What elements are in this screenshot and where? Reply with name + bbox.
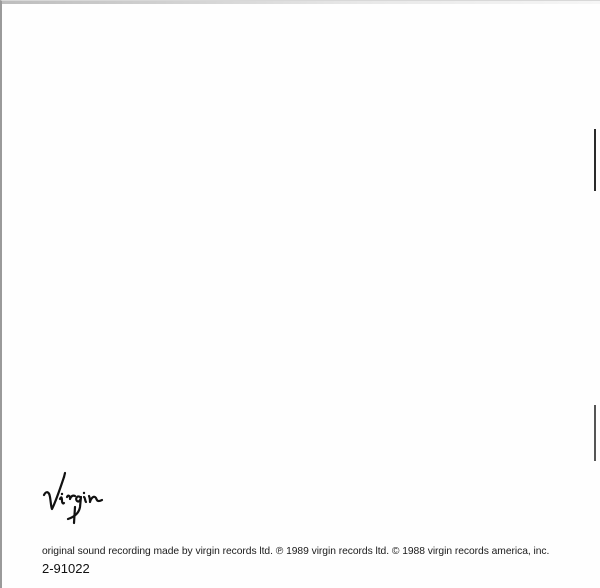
fold-mark-bottom <box>594 405 596 461</box>
copyright-credits: original sound recording made by virgin … <box>42 546 549 557</box>
fold-mark-top <box>594 129 596 191</box>
catalog-number: 2-91022 <box>42 561 90 576</box>
booklet-page: original sound recording made by virgin … <box>0 0 600 588</box>
scan-edge <box>2 1 600 4</box>
virgin-logo-icon <box>40 467 112 527</box>
